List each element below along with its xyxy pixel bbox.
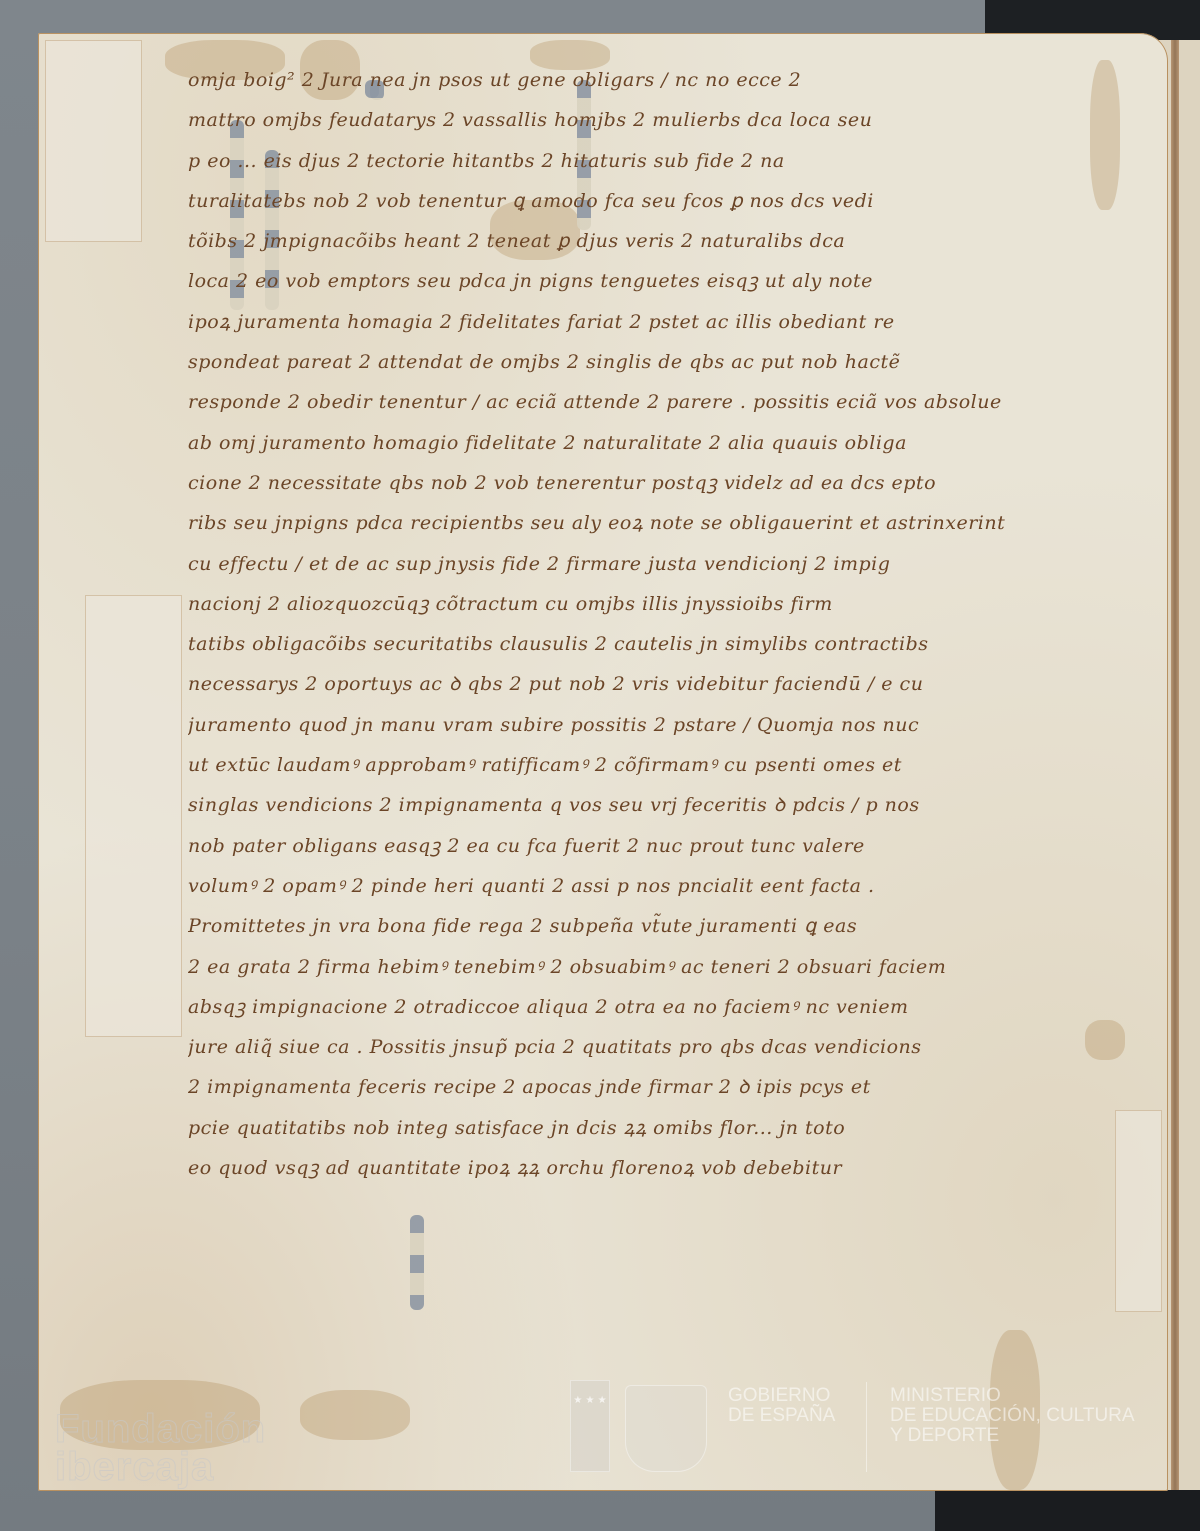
text-line: eo quod vsqꝫ ad quantitate ipoꝝ ꝝꝝ orchu…: [188, 1148, 1138, 1188]
watermark-text: Fundación: [55, 1410, 266, 1448]
text-line: nob pater obligans easqꝫ 2 ea cu fca fue…: [188, 826, 1138, 866]
text-line: turalitatebs nob 2 vob tenentur ꝗ amodo …: [188, 181, 1138, 221]
coat-of-arms-icon: [625, 1385, 707, 1472]
spain-flag-icon: ★ ★ ★: [570, 1380, 610, 1472]
text-line: absqꝫ impignacione 2 otradiccoe aliqua 2…: [188, 987, 1138, 1027]
text-line: tatibs obligacõibs securitatibs clausuli…: [188, 624, 1138, 664]
stars-icon: ★ ★ ★: [571, 1395, 609, 1406]
text-line: cione 2 necessitate qbs nob 2 vob tenere…: [188, 463, 1138, 503]
text-line: omja boig² 2 Jura nea jn psos ut gene ob…: [188, 60, 1138, 100]
text-line: ribs seu jnpigns pdca recipientbs seu al…: [188, 503, 1138, 543]
text-line: juramento quod jn manu vram subire possi…: [188, 705, 1138, 745]
text-line: 2 impignamenta feceris recipe 2 apocas j…: [188, 1067, 1138, 1107]
text-line: tõibs 2 jmpignacõibs heant 2 teneat ꝑ dj…: [188, 221, 1138, 261]
gobierno-watermark: GOBIERNO DE ESPAÑA: [728, 1386, 835, 1426]
ministerio-watermark: MINISTERIO DE EDUCACIÓN, CULTURA Y DEPOR…: [890, 1386, 1135, 1446]
text-line: necessarys 2 oportuys ac ꝺ qbs 2 put nob…: [188, 664, 1138, 704]
text-line: volumꝰ 2 opamꝰ 2 pinde heri quanti 2 ass…: [188, 866, 1138, 906]
text-line: 2 ea grata 2 firma hebimꝰ tenebimꝰ 2 obs…: [188, 947, 1138, 987]
text-line: Promittetes jn vra bona fide rega 2 subp…: [188, 906, 1138, 946]
repair-paper-strip: [45, 40, 142, 242]
text-line: spondeat pareat 2 attendat de omjbs 2 si…: [188, 342, 1138, 382]
watermark-text: DE ESPAÑA: [728, 1406, 835, 1426]
text-line: responde 2 obedir tenentur / ac eciã att…: [188, 382, 1138, 422]
text-line: nacionj 2 aliozquozcūqꝫ cõtractum cu omj…: [188, 584, 1138, 624]
text-line: cu effectu / et de ac sup jnysis fide 2 …: [188, 544, 1138, 584]
text-line: loca 2 eo vob emptors seu pdca jn pigns …: [188, 261, 1138, 301]
water-stain: [300, 1390, 410, 1440]
text-line: p eo ... eis djus 2 tectorie hitantbs 2 …: [188, 141, 1138, 181]
text-line: pcie quatitatibs nob integ satisface jn …: [188, 1108, 1138, 1148]
watermark-text: MINISTERIO: [890, 1386, 1135, 1406]
watermark-text: Y DEPORTE: [890, 1426, 1135, 1446]
repair-paper-strip: [85, 595, 182, 1037]
watermark-text: ibercaja: [55, 1448, 266, 1486]
text-line: mattro omjbs feudatarys 2 vassallis homj…: [188, 100, 1138, 140]
dark-background-bottom: [935, 1488, 1200, 1531]
stain-stripe: [410, 1215, 424, 1310]
fundacion-ibercaja-watermark: Fundación ibercaja: [55, 1410, 266, 1486]
text-line: jure aliq̃ siue ca . Possitis jnsup̃ pci…: [188, 1027, 1138, 1067]
text-line: ipoꝝ juramenta homagia 2 fidelitates far…: [188, 302, 1138, 342]
watermark-divider: [866, 1382, 867, 1472]
text-line: ab omj juramento homagio fidelitate 2 na…: [188, 423, 1138, 463]
binding-edge: [1171, 40, 1179, 1490]
watermark-text: GOBIERNO: [728, 1386, 835, 1406]
text-line: ut extūc laudamꝰ approbamꝰ ratifficamꝰ 2…: [188, 745, 1138, 785]
text-line: singlas vendicions 2 impignamenta q vos …: [188, 785, 1138, 825]
watermark-text: DE EDUCACIÓN, CULTURA: [890, 1406, 1135, 1426]
manuscript-text: omja boig² 2 Jura nea jn psos ut gene ob…: [188, 60, 1138, 1188]
